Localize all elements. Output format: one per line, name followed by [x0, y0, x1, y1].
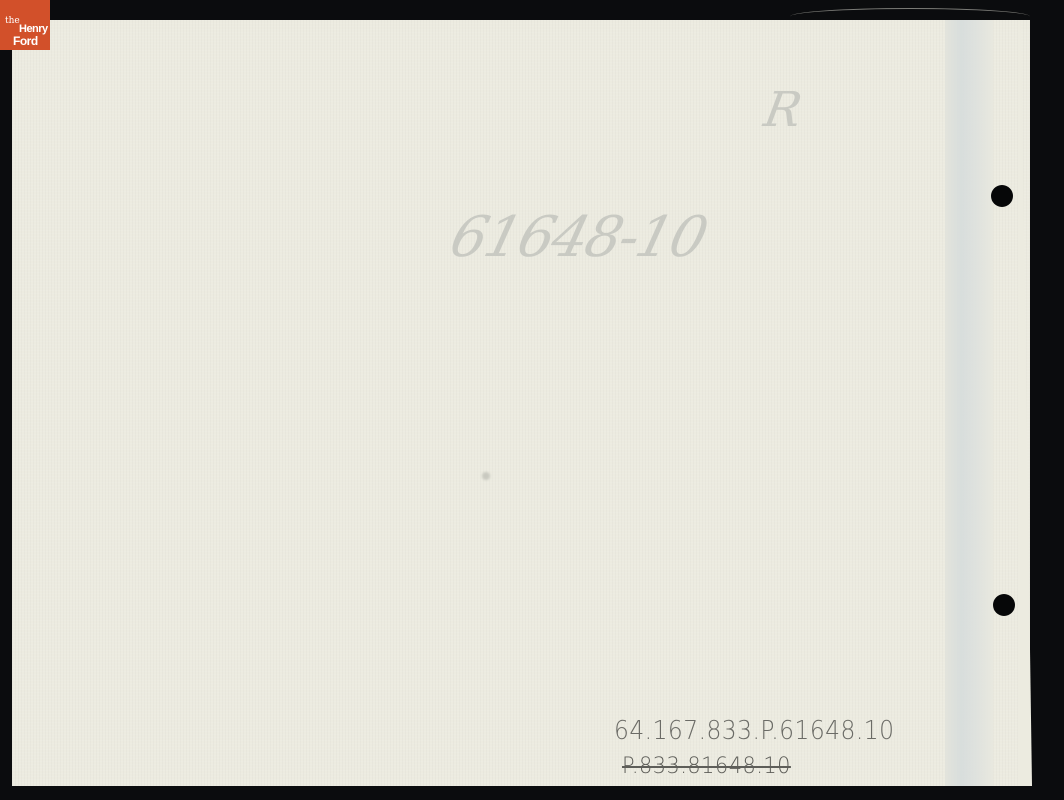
binding-hinge-strip [945, 20, 993, 786]
henry-ford-logo: the Henry Ford [0, 0, 50, 50]
binding-hole-top [991, 185, 1013, 207]
faint-pencil-number: 61648-10 [444, 205, 713, 270]
logo-the: the [5, 17, 20, 26]
paper-spot [482, 472, 490, 480]
binding-hole-bottom [993, 594, 1015, 616]
accession-number: 64.167.833.P.61648.10 [614, 716, 894, 746]
loose-thread [790, 8, 1030, 25]
struck-through-number: P.833.81648.10 [622, 754, 791, 779]
logo-ford: Ford [13, 35, 38, 47]
document-card [12, 20, 1030, 786]
